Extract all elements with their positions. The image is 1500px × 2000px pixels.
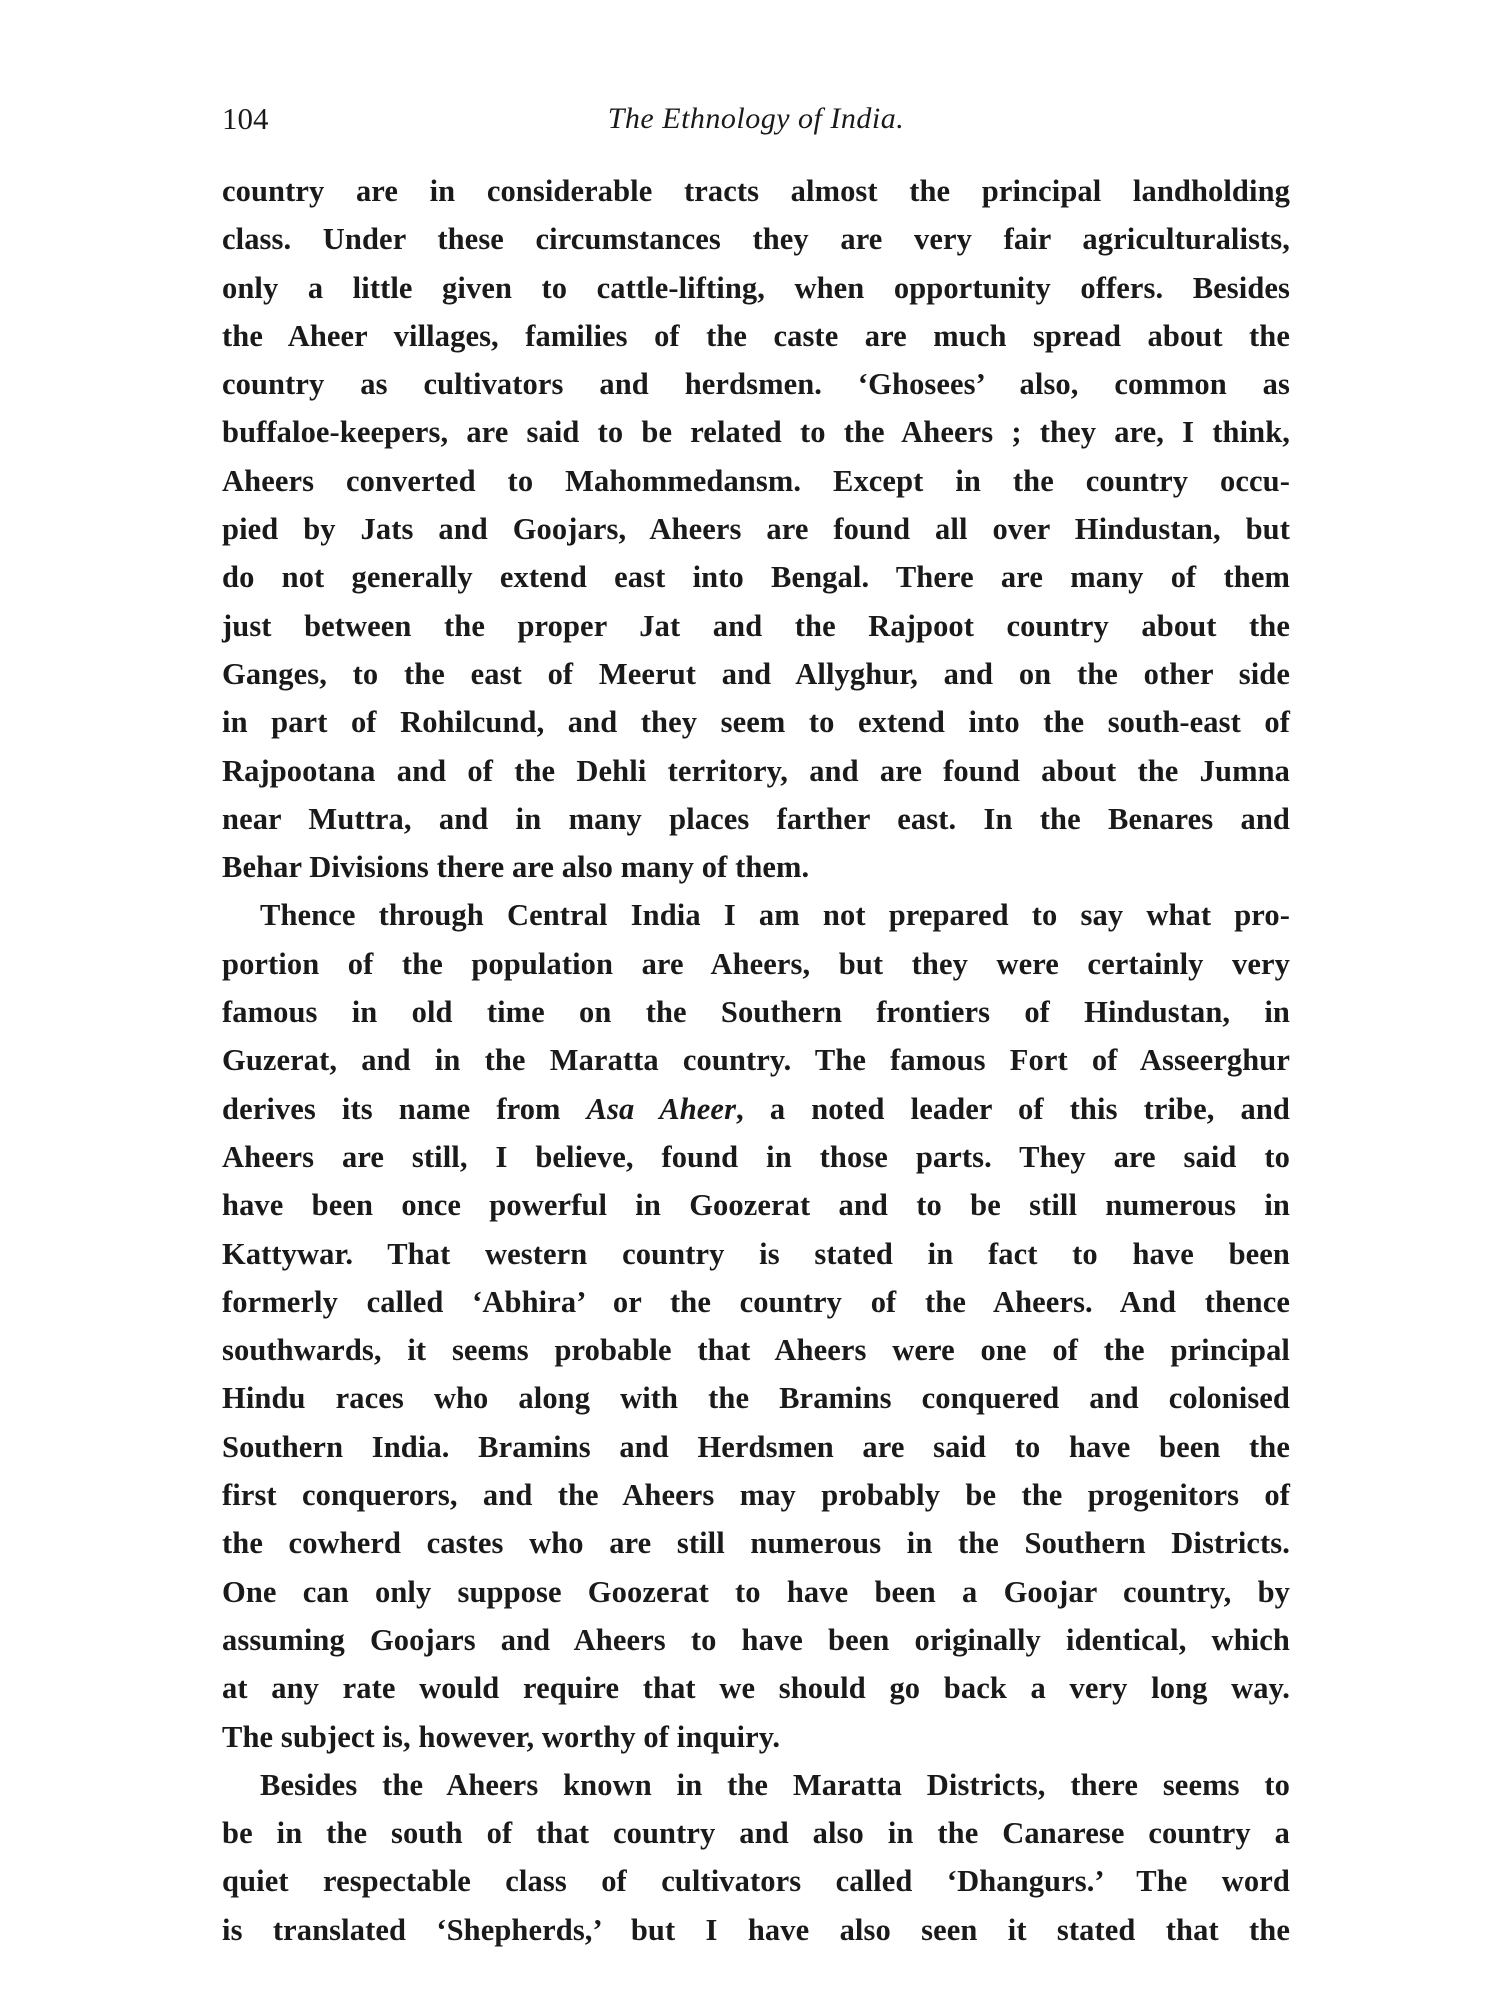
body-text: country are in considerable tracts almos… — [222, 167, 1290, 1954]
text-line: at any rate would require that we should… — [222, 1664, 1290, 1712]
text-line: One can only suppose Goozerat to have be… — [222, 1568, 1290, 1616]
text-line: Aheers converted to Mahommedansm. Except… — [222, 457, 1290, 505]
text-line: near Muttra, and in many places farther … — [222, 795, 1290, 843]
text-line: formerly called ‘Abhira’ or the country … — [222, 1278, 1290, 1326]
text-line: Rajpootana and of the Dehli territory, a… — [222, 747, 1290, 795]
text-line: first conquerors, and the Aheers may pro… — [222, 1471, 1290, 1519]
text-line: portion of the population are Aheers, bu… — [222, 940, 1290, 988]
text-line: pied by Jats and Goojars, Aheers are fou… — [222, 505, 1290, 553]
text-line: famous in old time on the Southern front… — [222, 988, 1290, 1036]
text-line: the Aheer villages, families of the cast… — [222, 312, 1290, 360]
text-line: country as cultivators and herdsmen. ‘Gh… — [222, 360, 1290, 408]
text-line: country are in considerable tracts almos… — [222, 167, 1290, 215]
italic-name: Asa Aheer — [587, 1092, 736, 1126]
running-title: The Ethnology of India. — [222, 95, 1290, 143]
text-line: only a little given to cattle-lifting, w… — [222, 264, 1290, 312]
text-line: in part of Rohilcund, and they seem to e… — [222, 698, 1290, 746]
text-line: just between the proper Jat and the Rajp… — [222, 602, 1290, 650]
text-line: Hindu races who along with the Bramins c… — [222, 1374, 1290, 1422]
text-line: be in the south of that country and also… — [222, 1809, 1290, 1857]
text-line: quiet respectable class of cultivators c… — [222, 1857, 1290, 1905]
book-page: 104 The Ethnology of India. country are … — [222, 95, 1290, 1954]
text-line: class. Under these circumstances they ar… — [222, 215, 1290, 263]
text-line: Aheers are still, I believe, found in th… — [222, 1133, 1290, 1181]
running-head: 104 The Ethnology of India. — [222, 95, 1290, 143]
text-line: the cowherd castes who are still numerou… — [222, 1519, 1290, 1567]
text-line: The subject is, however, worthy of inqui… — [222, 1713, 1290, 1761]
paragraph: Thence through Central India I am not pr… — [222, 891, 1290, 1760]
text-line: Guzerat, and in the Maratta country. The… — [222, 1036, 1290, 1084]
text-line: Ganges, to the east of Meerut and Allygh… — [222, 650, 1290, 698]
text-line: buffaloe-keepers, are said to be related… — [222, 408, 1290, 456]
paragraph: Besides the Aheers known in the Maratta … — [222, 1761, 1290, 1954]
text-line: do not generally extend east into Bengal… — [222, 553, 1290, 601]
text-line: Thence through Central India I am not pr… — [222, 891, 1290, 939]
text-line: is translated ‘Shepherds,’ but I have al… — [222, 1906, 1290, 1954]
text-line: assuming Goojars and Aheers to have been… — [222, 1616, 1290, 1664]
text-line: southwards, it seems probable that Aheer… — [222, 1326, 1290, 1374]
paragraph: country are in considerable tracts almos… — [222, 167, 1290, 891]
text-line: have been once powerful in Goozerat and … — [222, 1181, 1290, 1229]
text-line: Kattywar. That western country is stated… — [222, 1230, 1290, 1278]
text-line: derives its name from Asa Aheer, a noted… — [222, 1085, 1290, 1133]
text-line: Besides the Aheers known in the Maratta … — [222, 1761, 1290, 1809]
text-line: Behar Divisions there are also many of t… — [222, 843, 1290, 891]
text-line: Southern India. Bramins and Herdsmen are… — [222, 1423, 1290, 1471]
